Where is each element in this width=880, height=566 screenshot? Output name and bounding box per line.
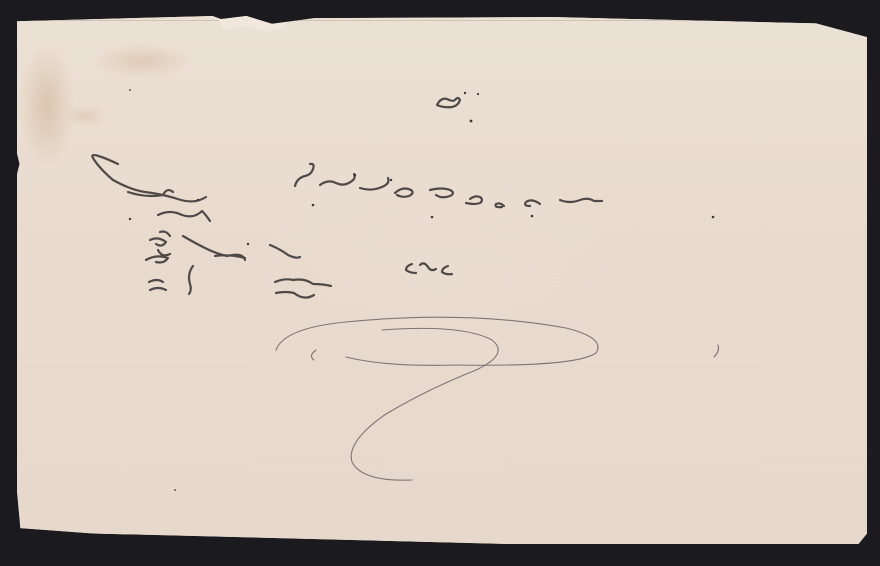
number-mark: ٢٦٢ [405,260,428,276]
top-fold-line [17,20,867,21]
torn-edge [217,16,287,32]
date-numerals-3: ٢٢ [148,278,163,294]
date-numerals-1: ٩٤ [148,236,163,252]
header-word: بزينه [430,92,457,108]
address-line: سلانيك ده افندى حضرتلرينه مخصوص [290,176,508,192]
sender-line-2: غرغه محمد [160,215,226,231]
bracket-mark: ) [190,266,195,282]
date-numerals-2: محرم [146,254,179,270]
sender-line-3: شعبان اوله نفتده [220,255,318,271]
sender-line-1: عمر حمدي الحلبي [95,160,201,176]
